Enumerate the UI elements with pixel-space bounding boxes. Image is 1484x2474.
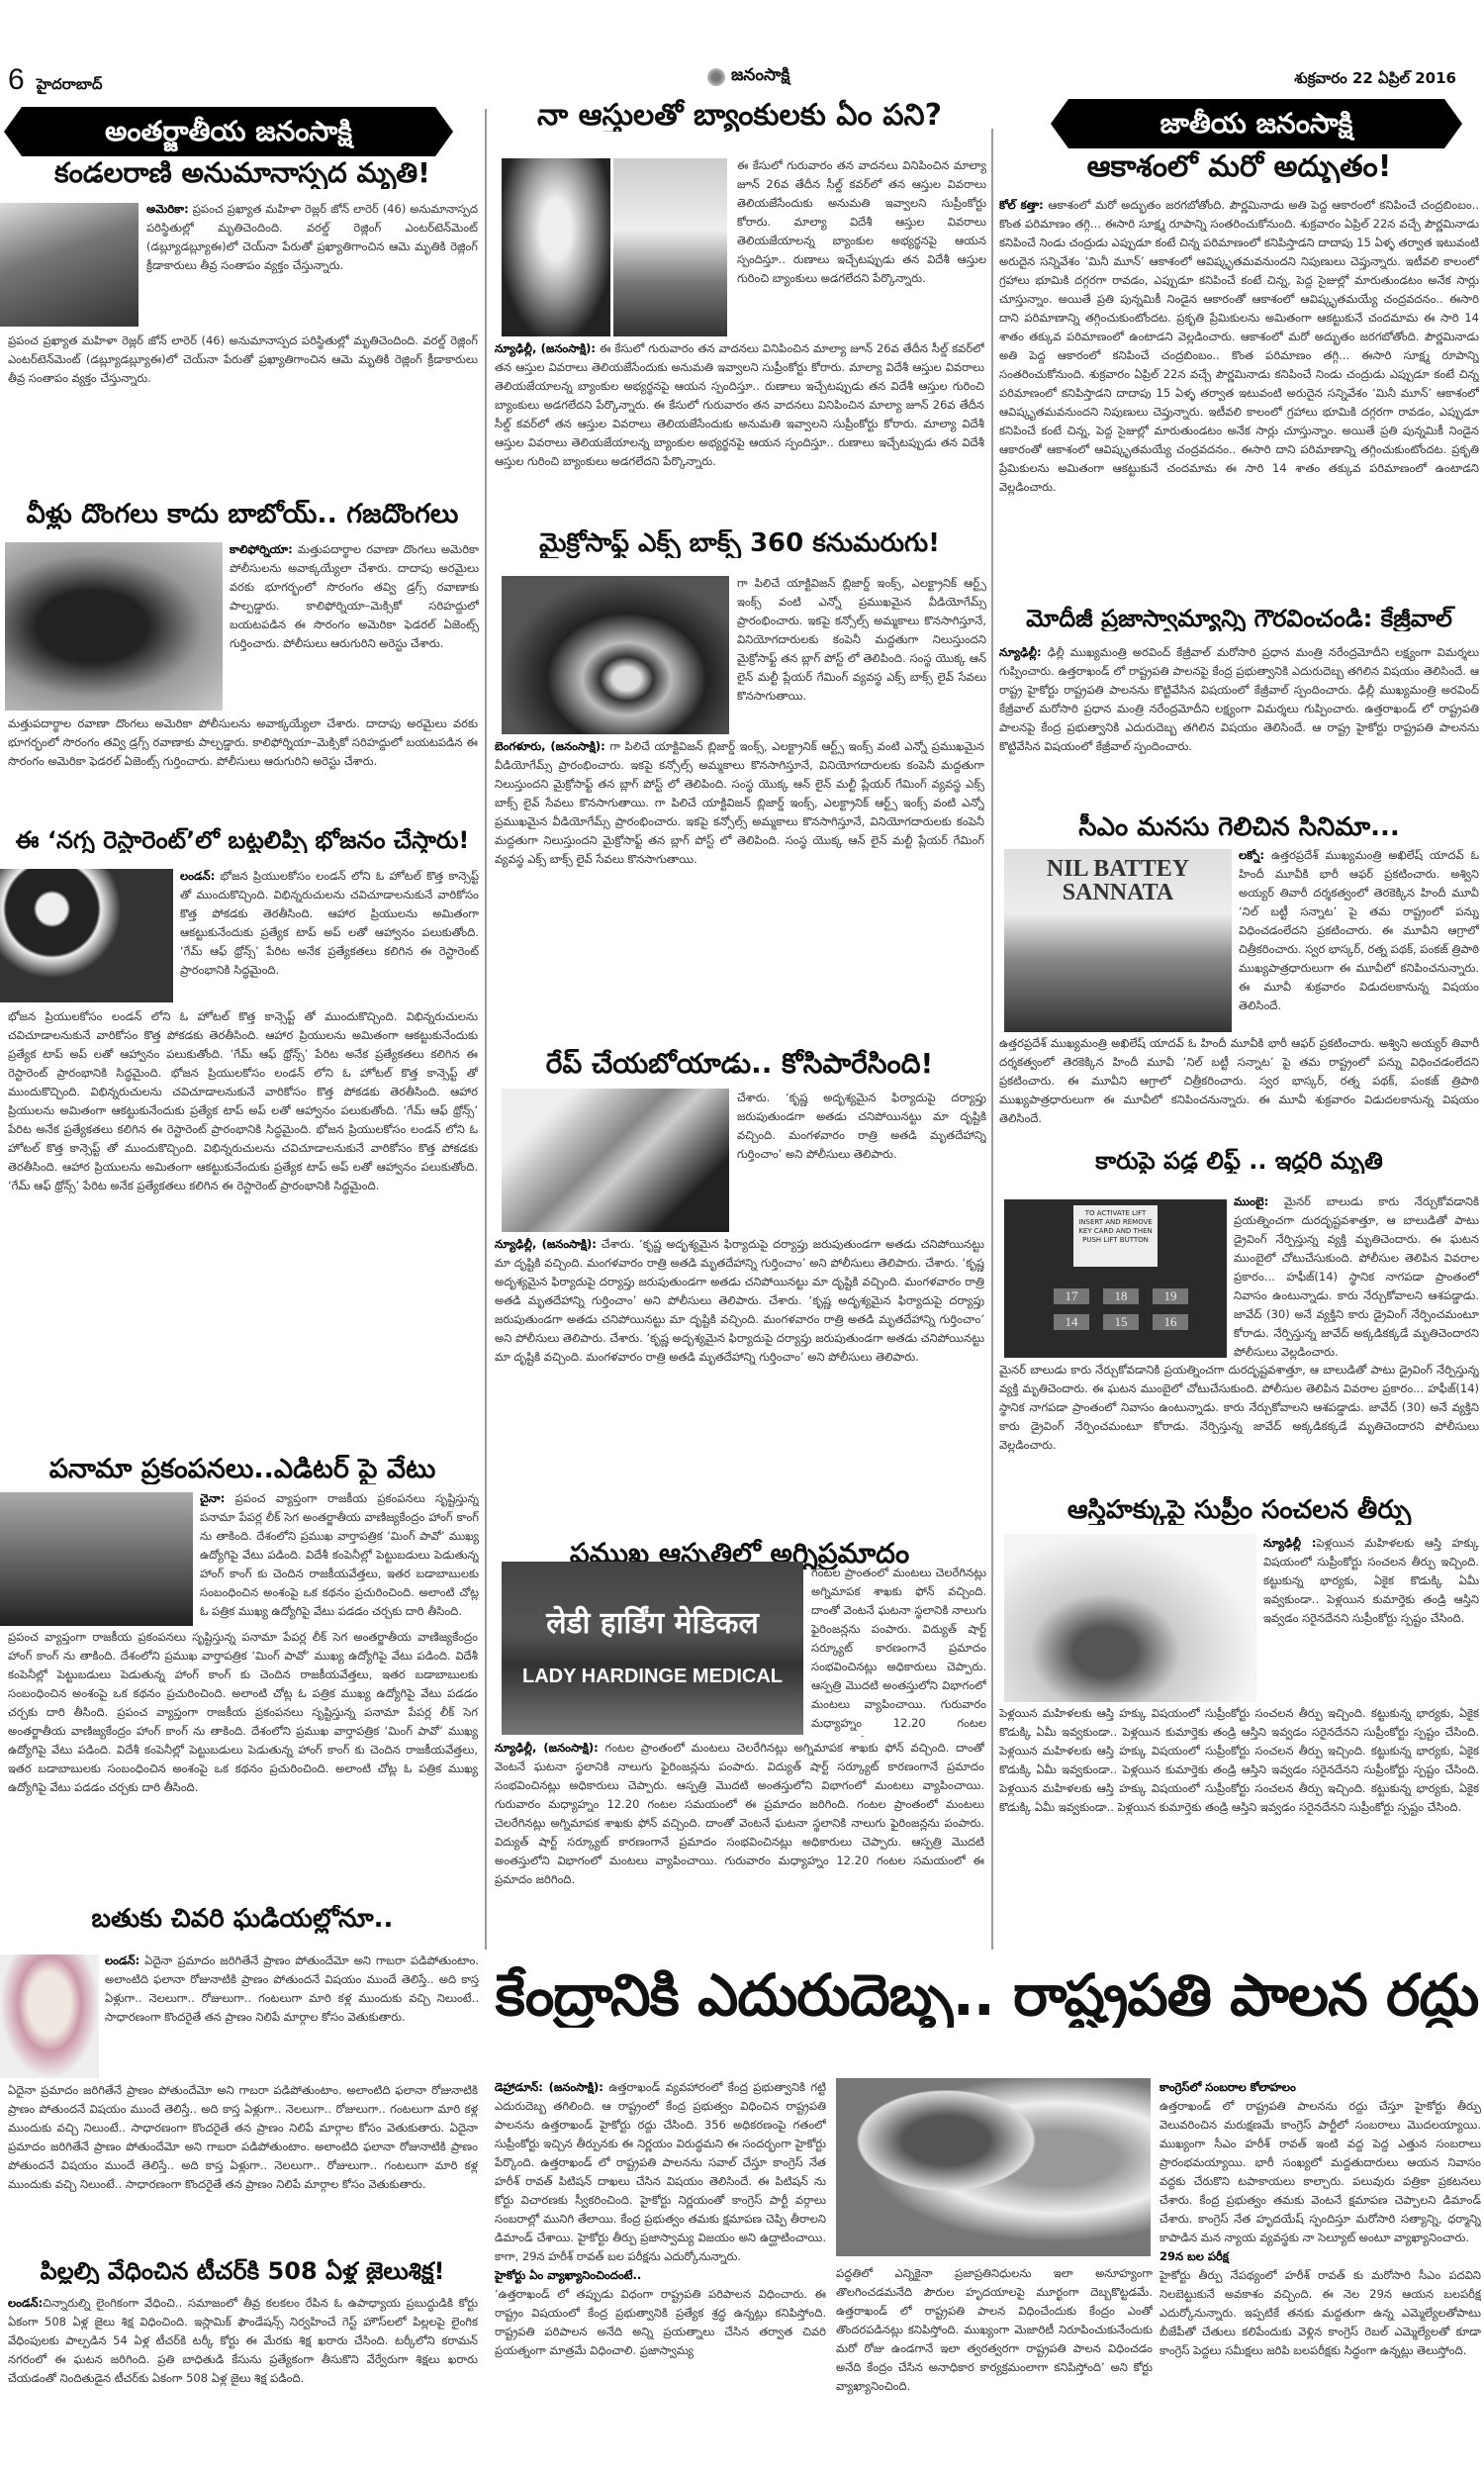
headline: సీఎం మనసు గెలిచిన సినిమా... (999, 813, 1479, 842)
lift-panel-photo: TO ACTIVATE LIFT INSERT AND REMOVE KEY C… (1004, 1199, 1227, 1358)
page-header-left: 6 హైదరాబాద్ (8, 63, 103, 97)
headline: కారుపై పడ్డ లిఫ్ట్ .. ఇద్దరి మృతి (999, 1148, 1479, 1174)
headline: మైక్రోసాఫ్ట్ ఎక్స్ బాక్స్ 360 కనుమరుగు! (490, 529, 989, 558)
article-photo (0, 869, 173, 1002)
subheading: హైకోర్టు ఏం వ్యాఖ్యానించిందంటే.. (495, 2268, 641, 2282)
article-photo-xbox (502, 576, 729, 734)
article-body-continued: ప్రపంచ ప్రఖ్యాత మహిళా రెజ్లర్ జోన్ లారెర… (8, 332, 478, 478)
article-body: లండన్: ఏదైనా ప్రమాదం జరిగితేనే ప్రాణం పో… (105, 1951, 479, 2080)
article-photo (0, 1492, 193, 1626)
article-photo-knife (502, 1089, 729, 1232)
issue-date: శుక్రవారం 22 ఏప్రిల్ 2016 (1294, 69, 1456, 91)
article-photo (0, 203, 139, 327)
headline: మోదీజీ ప్రజాస్వామ్యాన్ని గౌరవించండి: కేజ… (999, 606, 1479, 631)
article-body: చైనా: ప్రపంచ వ్యాప్తంగా రాజకీయ ప్రకంపనలు… (200, 1489, 479, 1628)
headline: నా ఆస్తులతో బ్యాంకులకు ఏం పని? (490, 99, 989, 132)
lift-button: 19 (1153, 1288, 1188, 1304)
lift-button: 18 (1103, 1288, 1139, 1304)
column-divider (991, 129, 993, 1950)
lift-button: 15 (1103, 1314, 1139, 1330)
article-body-continued: న్యూఢిల్లీ, (జనంసాక్షి): చేశారు. ‘కృష్ణ … (495, 1235, 984, 1532)
lift-button: 16 (1153, 1314, 1188, 1330)
sign-text-hindi: लेडी हार्डिंग मेडिकल (502, 1601, 803, 1642)
article-body-continued: మైనర్ బాలుడు కారు నేర్చుకోవడానికి ప్రయత్… (999, 1361, 1479, 1489)
article-body: న్యూఢిల్లీ: ఢిల్లీ ముఖ్యమంత్రి అరవింద్ క… (999, 643, 1479, 807)
article-photo-portrait (502, 158, 610, 336)
page-number: 6 (8, 63, 25, 97)
subheading: 29న బల పరీక్ష (1159, 2249, 1229, 2263)
article-body: లండన్:చిన్నారుల్ని లైంగికంగా వేధించి.. స… (8, 2294, 478, 2413)
lift-buttons: 17 18 19 14 15 16 (1054, 1288, 1188, 1330)
property-key-photo (1004, 1534, 1256, 1702)
headline: కండలరాణి అనుమానాస్పద మృతి! (10, 158, 475, 189)
article-body: న్యూఢిల్లీ :పెళ్లయిన మహిళలకు ఆస్తి హక్కు… (1263, 1534, 1479, 1704)
article-body: ముంబై: మైనర్ బాలుడు కారు నేర్చుకోవడానికి… (1234, 1192, 1479, 1361)
article-body: గా పిలిచే యాక్టివిజన్ బ్లిజార్డ్ ఇంక్స్,… (737, 574, 986, 737)
lift-sign: TO ACTIVATE LIFT INSERT AND REMOVE KEY C… (1073, 1205, 1158, 1267)
poster-title: NIL BATTEY SANNATA (1004, 857, 1232, 904)
article-photo-hospital-sign: लेडी हार्डिंग मेडिकल LADY HARDINGE MEDIC… (502, 1562, 803, 1735)
article-body: గంటల ప్రాంతంలో మంటలు చెలరేగినట్లు అగ్నిమ… (811, 1564, 986, 1737)
article-body-continued: ప్రపంచ వ్యాప్తంగా రాజకీయ ప్రకంపనలు సృష్ట… (8, 1628, 478, 1890)
sign-text-english: LADY HARDINGE MEDICAL (502, 1665, 803, 1688)
article-body-continued: న్యూఢిల్లీ, (జనంసాక్షి): గంటల ప్రాంతంలో … (495, 1739, 984, 1937)
article-body-continued: బెంగళూరు, (జనంసాక్షి): గా పిలిచే యాక్టివ… (495, 737, 984, 1029)
article-body: ఈ కేసులో గురువారం తన వాదనలు వినిపించిన మ… (737, 156, 986, 339)
lead-photo-politicians (836, 2078, 1151, 2256)
logo-text: జనంసాక్షి (731, 65, 789, 89)
article-body-continued: ఏదైనా ప్రమాదం జరిగితేనే ప్రాణం పోతుందేమో… (8, 2081, 478, 2249)
lead-headline: కేంద్రానికి ఎదురుదెబ్బ.. రాష్ట్రపతి పాలన… (490, 1964, 1484, 2028)
article-body-continued: పెళ్లయిన మహిళలకు ఆస్తి హక్కు విషయంలో సుప… (999, 1704, 1479, 1932)
headline: ఆకాశంలో మరో అద్భుతం! (999, 150, 1479, 183)
lead-body-col3: కాంగ్రెస్‌లో సంబరాల కోలాహలం ఉత్తరాఖండ్ ల… (1159, 2078, 1481, 2410)
lead-body-col2: పద్ధతిలో ఎన్నికైనా ప్రజాప్రతినిధులను ఇలా… (836, 2264, 1153, 2413)
lead-body-col1: డెహ్రాడూన్: (జనంసాక్షి): ఉత్తరాఖండ్ వ్యవ… (495, 2078, 826, 2410)
article-body-continued: ఉత్తరప్రదేశ్ ముఖ్యమంత్రి అఖిలేష్ యాదవ్ ఓ… (999, 1034, 1479, 1143)
lift-button: 14 (1054, 1314, 1089, 1330)
masthead-logo: జనంసాక్షి (707, 65, 789, 89)
article-photo-court (613, 158, 727, 336)
article-body: కోల్ కత్తా: ఆకాశంలో మరో అద్భుతం జరగబోతోం… (999, 196, 1479, 600)
edition-city: హైదరాబాద్ (37, 75, 103, 97)
article-body-continued: న్యూఢిల్లీ, (జనంసాక్షి): ఈ కేసులో గురువా… (495, 339, 984, 518)
movie-poster-photo: NIL BATTEY SANNATA (1004, 849, 1232, 1032)
article-body: లక్నో: ఉత్తరప్రదేశ్ ముఖ్యమంత్రి అఖిలేష్ … (1239, 846, 1479, 1034)
article-photo (0, 1954, 99, 2078)
headline: ఆస్తిహక్కుపై సుప్రీం సంచలన తీర్పు (999, 1496, 1479, 1525)
headline: ఈ ‘నగ్న రెస్టారెంట్’లో బట్టలిప్పి భోజనం … (5, 827, 480, 853)
logo-icon (707, 68, 725, 86)
article-body: కాలిఫోర్నియా: మత్తుపదార్థాల రవాణా దొంగలు… (230, 540, 479, 714)
article-body-continued: భోజన ప్రియులకోసం లండన్ లోని ఓ హోటల్ కొత్… (8, 1007, 478, 1448)
section-banner-national: జాతీయ జనంసాక్షి (1068, 99, 1444, 148)
article-photo (5, 542, 223, 711)
article-body: చేశారు. ‘కృష్ణ అదృశ్యమైన ఫిర్యాదుపై దర్య… (737, 1089, 986, 1235)
article-body: అమెరికా: ప్రపంచ ప్రఖ్యాత మహిళా రెజ్లర్ జ… (146, 200, 478, 329)
headline: వీళ్లు దొంగలు కాదు బాబోయ్.. గజదొంగలు (5, 500, 480, 529)
headline: పనామా ప్రకంపనలు..ఎడిటర్ పై వేటు (5, 1455, 480, 1484)
section-banner-international: అంతర్జాతీయ జనంసాక్షి (22, 107, 435, 156)
article-body: లండన్: భోజన ప్రియులకోసం లండన్ లోని ఓ హోట… (180, 867, 479, 1005)
lift-button: 17 (1054, 1288, 1089, 1304)
headline: రేప్ చేయబోయాడు.. కోసిపారేసింది! (490, 1049, 989, 1080)
column-divider (485, 109, 487, 1950)
headline: బతుకు చివరి ఘడియల్లోనూ.. (5, 1905, 480, 1934)
subheading: కాంగ్రెస్‌లో సంబరాల కోలాహలం (1159, 2080, 1296, 2094)
article-body-continued: మత్తుపదార్థాల రవాణా దొంగలు అమెరికా పోలీస… (8, 714, 478, 813)
headline: పిల్లల్ని వేధించిన టీచర్‌కి 508 ఏళ్ల జైల… (5, 2258, 480, 2284)
